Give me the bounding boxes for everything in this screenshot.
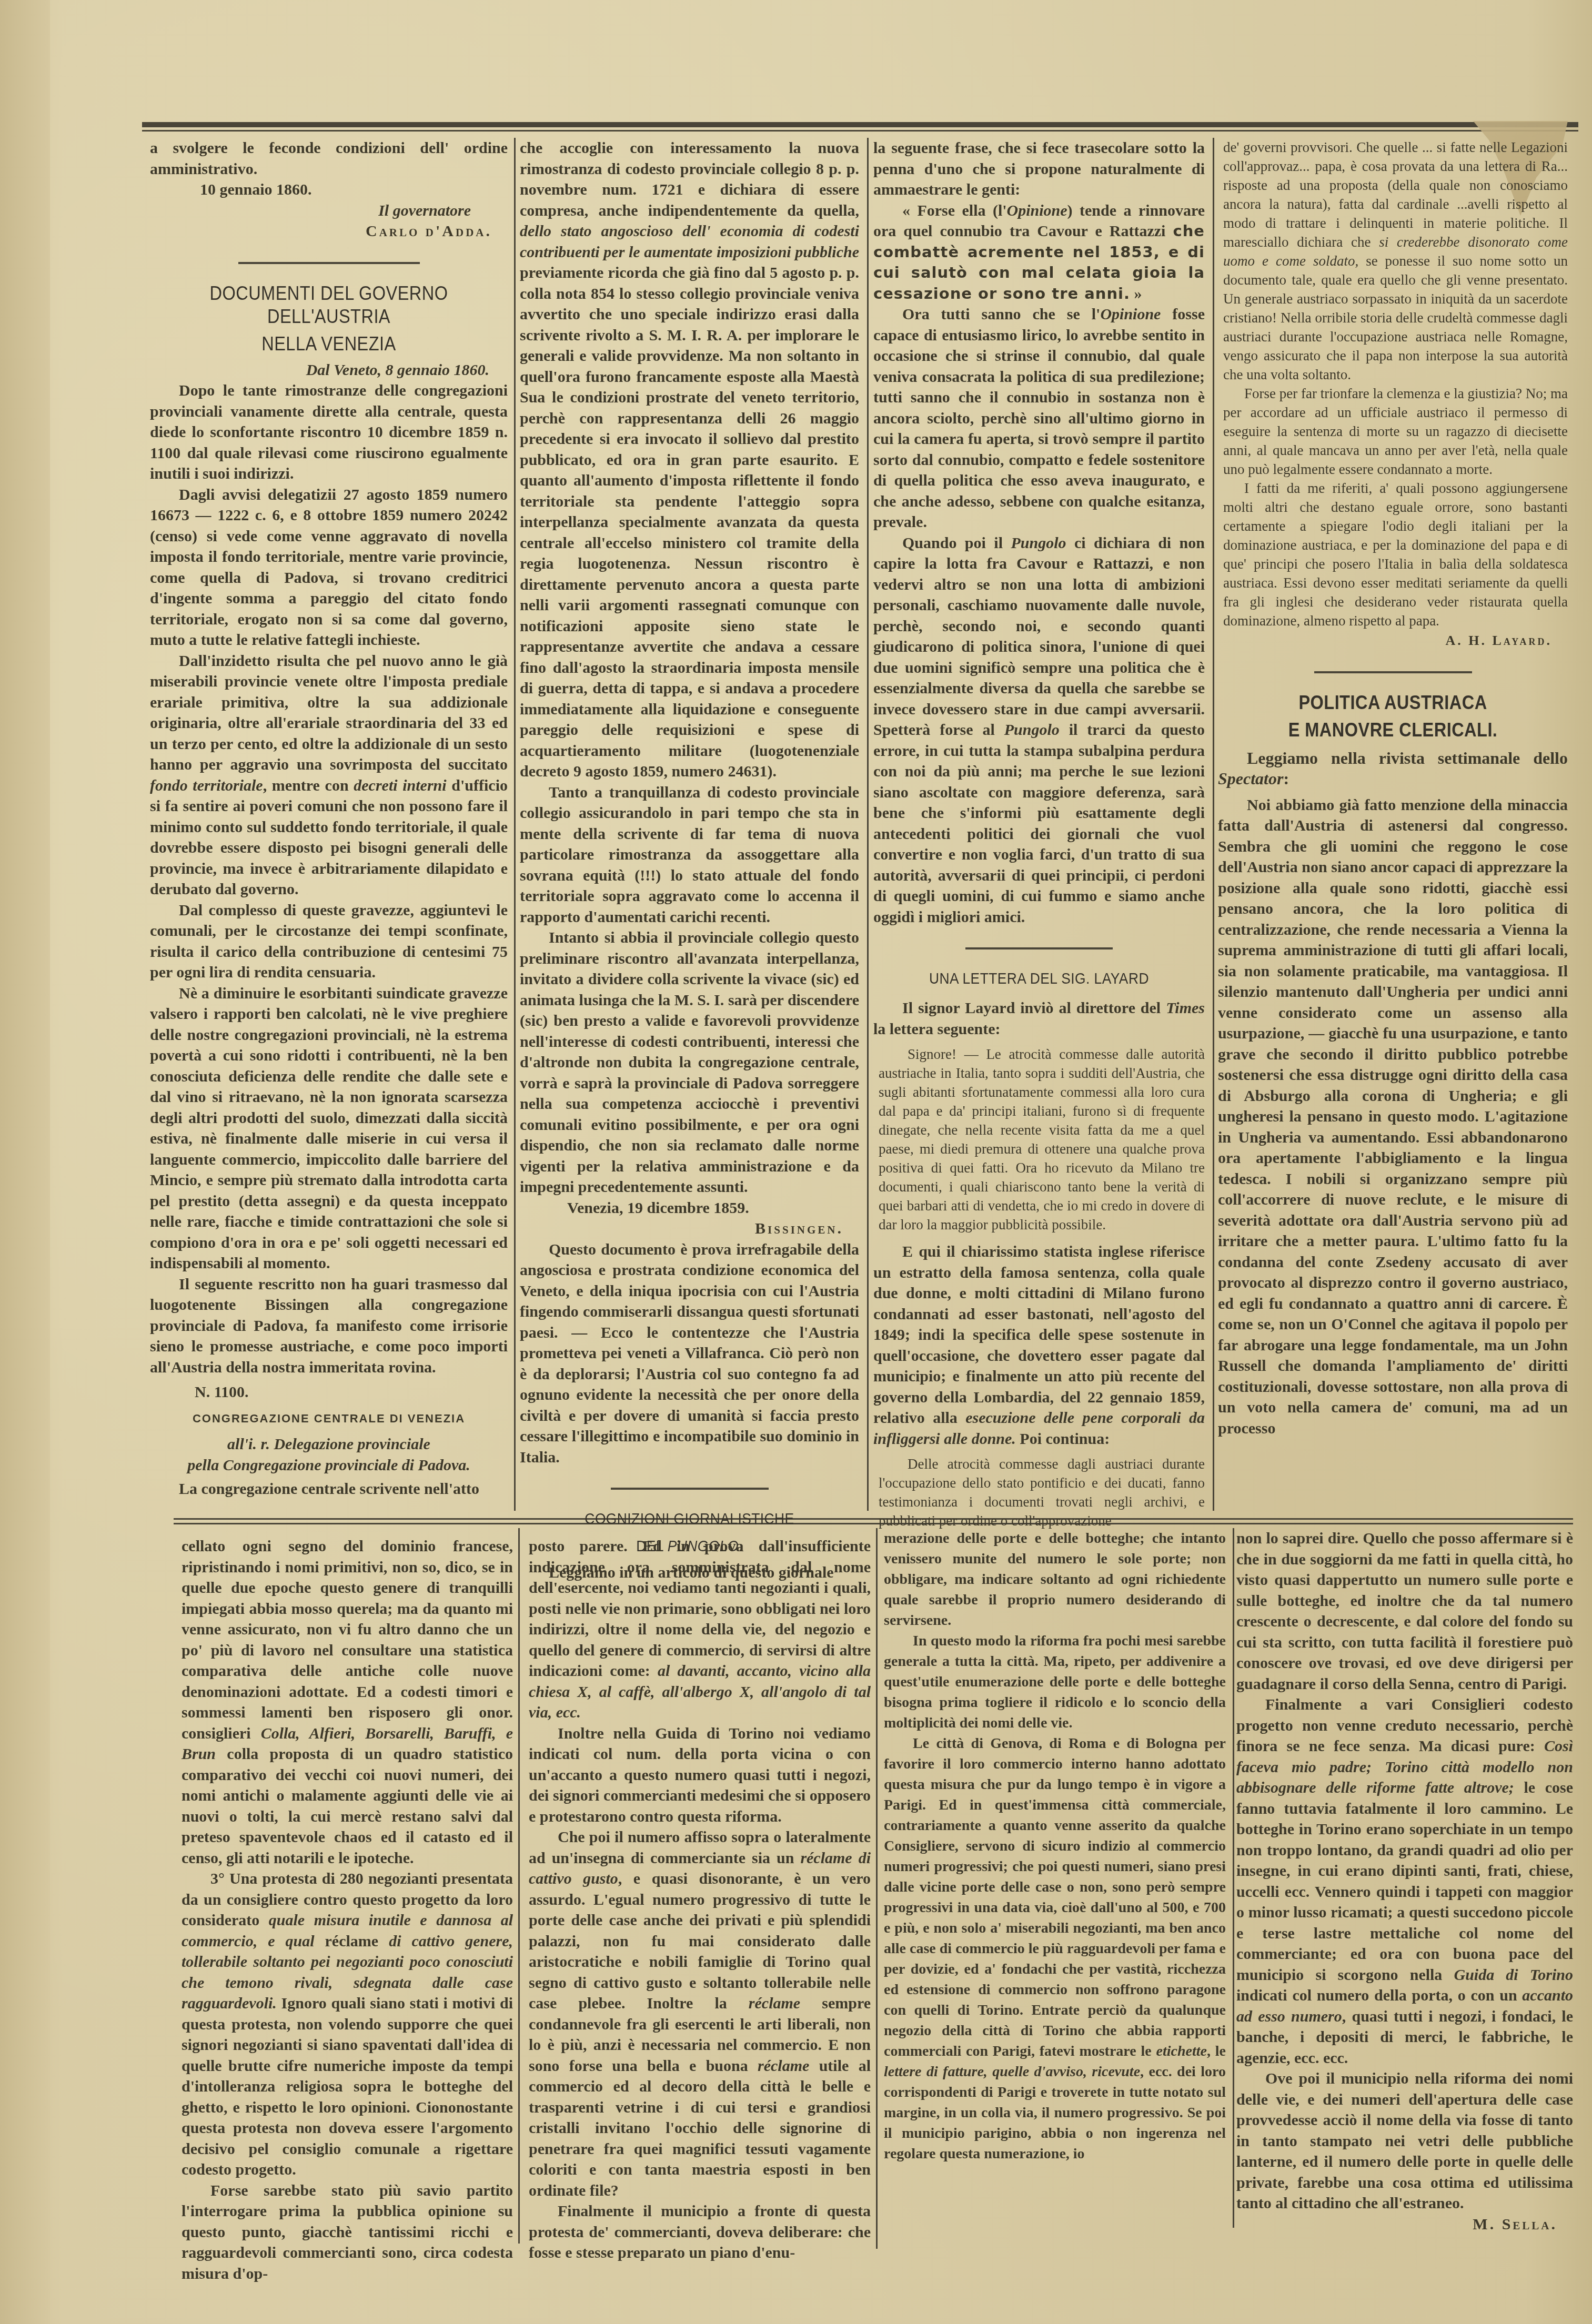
paragraph: Intanto si abbia il provinciale collegio… [520, 927, 859, 1198]
dateline: Dal Veneto, 8 gennaio 1860. [150, 360, 508, 381]
signature: M. Sella. [1236, 2214, 1573, 2235]
italic-text: réclame [749, 1995, 800, 2012]
paragraph: Le città di Genova, di Roma e di Bologna… [884, 1733, 1226, 2164]
quoted-letter: Signore! — Le atrocità commesse dalle au… [873, 1045, 1205, 1234]
text: previamente ricorda che già fino dal 5 a… [520, 264, 859, 780]
column-4-bottom: non lo saprei dire. Quello che posso aff… [1236, 1528, 1573, 2235]
document-address: pella Congregazione provinciale di Padov… [150, 1455, 508, 1476]
date: Venezia, 19 dicembre 1859. [520, 1198, 859, 1219]
text: se ponesse il suo nome sotto un document… [1223, 253, 1568, 382]
quoted-letter: de' governi provvisori. Che quelle ... s… [1218, 138, 1568, 384]
column-divider [1213, 138, 1214, 1511]
text: , e quasi disonorante, è un vero assurdo… [529, 1870, 871, 2012]
paragraph: E qui il chiarissimo statista inglese ri… [873, 1241, 1205, 1449]
column-divider [518, 1528, 520, 2244]
paragraph: Che poi il numero affisso sopra o latera… [529, 1827, 871, 2201]
italic-text: fondo territoriale [150, 777, 263, 794]
text: réclame [315, 1933, 389, 1950]
paragraph: Forse sarebbe stato più savio partito l'… [182, 2180, 513, 2285]
signature: Bissingen. [520, 1218, 859, 1239]
italic-text: Guida di Torino [1454, 1966, 1573, 1984]
column-4-top: de' governi provvisori. Che quelle ... s… [1218, 138, 1568, 1439]
quoted-letter: Delle atrocità commesse dagli austriaci … [873, 1454, 1205, 1530]
paragraph: Il signor Layard inviò al direttore del … [873, 998, 1205, 1039]
paragraph: la seguente frase, che si fece trasecola… [873, 138, 1205, 200]
italic-text: dello stato angoscioso dell' economia di… [520, 223, 859, 261]
paragraph: Nè a diminuire le esorbitanti suindicate… [150, 983, 508, 1274]
paragraph: Noi abbiamo già fatto menzione della min… [1218, 795, 1568, 1439]
italic-text: lettere di fatture, quelle d'avviso, ric… [884, 2064, 1140, 2080]
separator [611, 1488, 769, 1490]
text: Il signor Layard inviò al direttore del [902, 999, 1166, 1017]
text: la lettera seguente: [873, 1020, 1001, 1038]
paragraph: Inoltre nella Guida di Torino noi vediam… [529, 1723, 871, 1827]
italic-text: Spectator [1218, 769, 1283, 788]
paragraph: Questo documento è prova irrefragabile d… [520, 1239, 859, 1468]
text: fosse capace di entusiasmo lirico, lo av… [873, 306, 1205, 531]
signature-title: Il governatore [150, 200, 508, 221]
column-divider [876, 1528, 878, 2249]
paragraph: che accoglie con interessamento la nuova… [520, 138, 859, 782]
paragraph: a svolgere le feconde condizioni dell' o… [150, 138, 508, 179]
quoted-letter: I fatti da me riferiti, a' quali possono… [1218, 479, 1568, 630]
quoted-letter: Forse per far trionfare la clemenza e la… [1218, 384, 1568, 479]
top-rule [142, 122, 1578, 127]
date: 10 gennaio 1860. [150, 179, 508, 200]
text: Le città di Genova, di Roma e di Bologna… [884, 1735, 1226, 2059]
paragraph: Ove poi il municipio nella riforma dei n… [1236, 2068, 1573, 2214]
column-2-bottom: posto parere. Ed in prova dall'insuffici… [529, 1536, 871, 2264]
column-3-bottom: merazione delle porte e delle botteghe; … [884, 1528, 1226, 2164]
text: Finalmente a vari Consiglieri codesto pr… [1236, 1696, 1573, 1755]
separator [965, 947, 1113, 949]
article-headline: COGNIZIONI GIORNALISTICHE [540, 1508, 839, 1531]
italic-text: Times [1166, 999, 1205, 1017]
paragraph: Finalmente a vari Consiglieri codesto pr… [1236, 1694, 1573, 2068]
paragraph: 3° Una protesta di 280 negozianti presen… [182, 1868, 513, 2180]
paragraph: Dall'inzidetto risulta che pel nuovo ann… [150, 651, 508, 900]
paragraph: Tanto a tranquillanza di codesto provinc… [520, 782, 859, 928]
paragraph: In questo modo la riforma fra pochi mesi… [884, 1631, 1226, 1733]
document-address: all'i. r. Delegazione provinciale [150, 1434, 508, 1455]
text: Ignoro quali siano stati i motivi di que… [182, 1995, 513, 2178]
paragraph: Finalmente il municipio a fronte di ques… [529, 2201, 871, 2264]
signature-name: Carlo d'Adda. [150, 221, 508, 242]
italic-text: Pungolo [1004, 721, 1060, 739]
text: Ora tutti sanno che se l' [902, 306, 1100, 323]
paragraph: non lo saprei dire. Quello che posso aff… [1236, 1528, 1573, 1694]
text: le cose fanno tuttavia fatalmente il lor… [1236, 1779, 1573, 1984]
column-divider [867, 138, 869, 1511]
document-number: N. 1100. [150, 1382, 508, 1403]
column-3-top: la seguente frase, che si fece trasecola… [873, 138, 1205, 1530]
column-2-top: che accoglie con interessamento la nuova… [520, 138, 859, 1583]
quote: « Forse ella (l'Opinione) tende a rinnov… [873, 200, 1205, 305]
text: : [1283, 769, 1289, 788]
italic-text: Opinione [1100, 306, 1161, 323]
text: , mentre con [263, 777, 354, 794]
text: » [1130, 285, 1142, 302]
text: de' governi provvisori. Che quelle ... s… [1223, 139, 1568, 250]
paragraph: Dagli avvisi delegatizii 27 agosto 1859 … [150, 484, 508, 651]
column-divider [1233, 1528, 1234, 2228]
paragraph: cellato ogni segno del dominio francese,… [182, 1536, 513, 1868]
italic-text: etichette [1156, 2043, 1207, 2059]
text: utile al commercio ed al decoro della ci… [529, 2057, 871, 2199]
text: colla proposta di un quadro statistico c… [182, 1745, 513, 1867]
document-heading: CONGREGAZIONE CENTRALE DI VENEZIA [150, 1408, 508, 1429]
text: Dall'inzidetto risulta che pel nuovo ann… [150, 652, 508, 774]
column-divider [514, 138, 516, 1511]
text: il trarci da questo errore, in cui tutta… [873, 721, 1205, 926]
text: posto parere. Ed in prova dall'insuffici… [529, 1538, 871, 1680]
italic-text: Opinione [1007, 202, 1067, 219]
signature: A. H. Layard. [1218, 630, 1568, 651]
paragraph: Leggiamo nella rivista settimanale dello… [1218, 748, 1568, 790]
paragraph: merazione delle porte e delle botteghe; … [884, 1528, 1226, 1631]
italic-text: Pungolo [1011, 534, 1066, 552]
separator [238, 262, 420, 264]
page-margin [0, 0, 50, 2324]
text: Poi continua: [1016, 1430, 1110, 1448]
text: ci dichiara di non capire la lotta fra C… [873, 534, 1205, 739]
text: indicati col numero della porta, o con u… [1236, 1987, 1522, 2004]
paragraph: La congregazione centrale scrivente nell… [150, 1479, 508, 1500]
article-headline: UNA LETTERA DEL SIG. LAYARD [893, 967, 1185, 991]
text: E qui il chiarissimo statista inglese ri… [873, 1243, 1205, 1427]
text: , le [1207, 2043, 1226, 2059]
article-headline: E MANOVRE CLERICALI. [1239, 719, 1547, 742]
paragraph: posto parere. Ed in prova dall'insuffici… [529, 1536, 871, 1723]
column-1-bottom: cellato ogni segno del dominio francese,… [182, 1536, 513, 2284]
paragraph: Dal complesso di queste gravezze, aggiun… [150, 900, 508, 983]
text: che accoglie con interessamento la nuova… [520, 139, 859, 219]
article-headline: NELLA VENEZIA [172, 332, 486, 356]
text: d'ufficio si fa sentire ai poveri comuni… [150, 777, 508, 898]
separator [1314, 671, 1472, 673]
column-1-top: a svolgere le feconde condizioni dell' o… [150, 138, 508, 1500]
paragraph: Ora tutti sanno che se l'Opinione fosse … [873, 304, 1205, 533]
top-rule-thin [142, 130, 1578, 132]
text: Quando poi il [902, 534, 1011, 552]
article-headline: DOCUMENTI DEL GOVERNO DELL'AUSTRIA [172, 282, 486, 328]
text: Leggiamo nella rivista settimanale dello [1247, 749, 1568, 767]
text: « Forse ella (l' [902, 202, 1007, 219]
paragraph: Il seguente rescritto non ha guari trasm… [150, 1274, 508, 1378]
italic-text: decreti interni [354, 777, 446, 794]
paragraph: Dopo le tante rimostranze delle congrega… [150, 380, 508, 484]
text: cellato ogni segno del dominio francese,… [182, 1538, 513, 1742]
paragraph: Quando poi il Pungolo ci dichiara di non… [873, 533, 1205, 928]
italic-text: réclame [758, 2057, 809, 2075]
article-headline: POLITICA AUSTRIACA [1239, 691, 1547, 714]
